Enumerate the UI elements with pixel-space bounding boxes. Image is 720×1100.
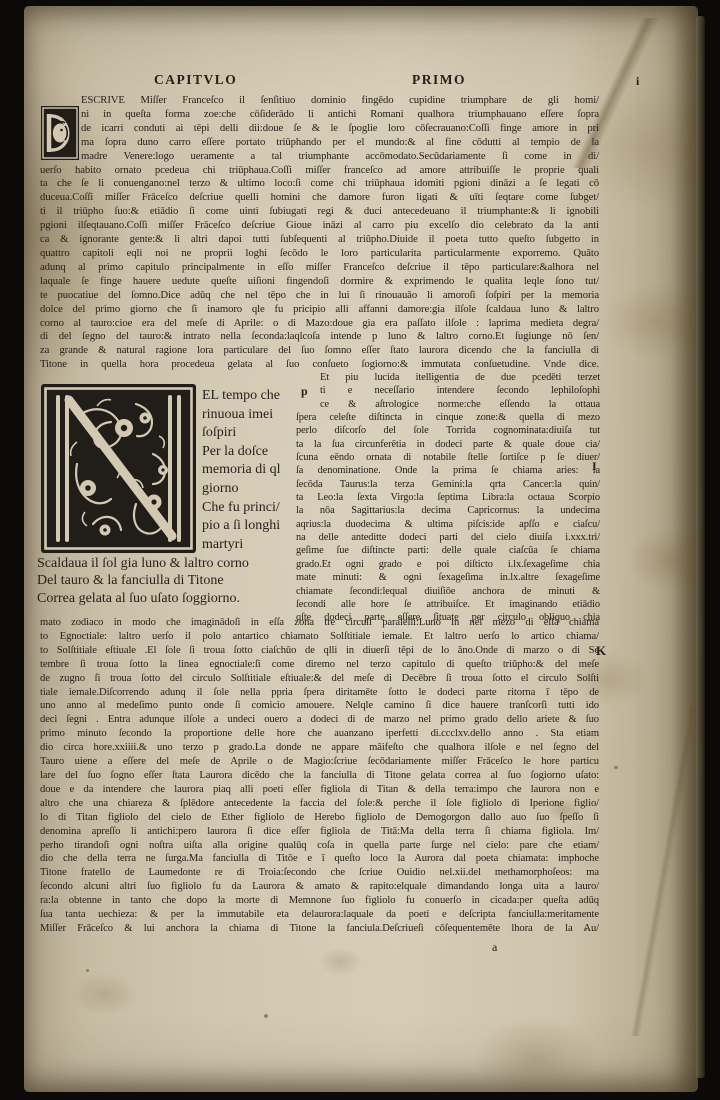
commentary-line: ſa denominatione. Onde la prima ſe chiam…	[296, 464, 600, 477]
bottom-paragraph-line: to Egnoctiale: laltro uerſo il polo anta…	[40, 630, 599, 644]
opening-paragraph-line: pgioni ilſeqtauano.Coſſi miſſer Frāceſco…	[40, 219, 599, 233]
bottom-paragraph-line: perho tirandoſi ogni noſtra uiſta alla o…	[40, 839, 599, 853]
commentary-line: geſime ſue diſtincte parti: delle quale …	[296, 544, 600, 557]
book-scan-stage: CAPITVLO PRIMO i ESCRIVE Miſſer Franceſc…	[0, 0, 720, 1100]
commentary-line: ta la ſua circunferētia in dodeci parte …	[296, 438, 600, 451]
commentary-line: ti e neceſſario intendere ſecondo lephil…	[296, 384, 600, 397]
poem-line: Scaldaua il ſol gia luno & laltro corno	[37, 555, 299, 572]
opening-paragraph-line: te puocatiue del ſomno.Dice adūq che nel…	[40, 289, 599, 303]
opening-paragraph-line: madre Venere:logo ueramente a tal triump…	[81, 150, 599, 164]
opening-paragraph-line: corno al tauro:cioe era del meſe di Apri…	[40, 317, 599, 331]
poem-line: EL tempo che	[202, 387, 308, 406]
commentary-line: mate minuti: & ogni ſexageſima in.lx.alt…	[296, 571, 600, 584]
bottom-paragraph-line: ra:la obtenne in tanto che dopo la morte…	[40, 894, 599, 908]
opening-paragraph-line: adunq al primo capitulo principalmente i…	[40, 261, 599, 275]
poem-line: giorno	[202, 480, 308, 499]
bottom-paragraph-line: dio circa hore.xxiiii.& uno terzo p grad…	[40, 741, 599, 755]
poem-line: pio a ſi longhi	[202, 517, 308, 536]
poem-line: Correa gelata al ſuo uſato ſoggiorno.	[37, 590, 299, 607]
manuscript-page: CAPITVLO PRIMO i ESCRIVE Miſſer Franceſc…	[24, 6, 698, 1092]
bottom-paragraph-line: to Solſtitiale eſtiuale .El ſole ſi trou…	[40, 644, 599, 658]
opening-paragraph: ESCRIVE Miſſer Franceſco il ſenſitiuo do…	[40, 94, 599, 372]
foxing-speck	[614, 766, 618, 769]
bottom-paragraph-line: primo minuto ſecondo la proportione dell…	[40, 727, 599, 741]
bottom-paragraph: mato zodiaco in modo che imaginādoſi in …	[40, 616, 599, 936]
poem-line: Del tauro & la fanciulla di Titone	[37, 572, 299, 589]
bottom-paragraph-line: uno anno al medeſimo punto onde ſi comic…	[40, 699, 599, 713]
commentary-line: Et piu lucida itelligentia de due pcedēt…	[296, 371, 600, 384]
bottom-paragraph-line: lo di Titan figliolo del cielo de Ether …	[40, 811, 599, 825]
marginal-letter-K: K	[596, 643, 606, 659]
commentary-line: grado.Et ogni grado e poi diſticto i.lx.…	[296, 558, 600, 571]
foxing-speck	[584, 928, 587, 931]
commentary-line: la nōa Sagittarius:la decima Capricornus…	[296, 504, 600, 517]
bottom-paragraph-line: doue e da intendere che laurora piaq all…	[40, 783, 599, 797]
opening-paragraph-line: ti il triūpho ſuo:& etiādio ſi come uint…	[40, 205, 599, 219]
commentary-line: perlo diſcorſo del ſole Torrida cognomin…	[296, 424, 600, 437]
opening-paragraph-line: uerſo habito ornato pcedeua chi triūphau…	[40, 164, 599, 178]
poem-side-lines: EL tempo cherinuoua imeiſoſpiriPer la do…	[202, 387, 308, 554]
marginal-letter-I: I	[592, 459, 597, 474]
poem-line: rinuoua imei	[202, 406, 308, 425]
bottom-paragraph-line: lare del ſuo ſogno eſſer ſtata Laurora d…	[40, 769, 599, 783]
poem-line: Che fu princi/	[202, 499, 308, 518]
commentary-line: chiamate ſecondi:lequal diuiſiōe anchora…	[296, 585, 600, 598]
bottom-paragraph-line: ſecondo alcuni altri ſuo figliolo fu da …	[40, 880, 599, 894]
poem-line: ſoſpiri	[202, 424, 308, 443]
opening-paragraph-line: ca & ignorante gente:& li altri dapoi tu…	[40, 233, 599, 247]
commentary-line: ce & aſtrologice norme:che eſſendo la ot…	[296, 398, 600, 411]
bottom-paragraph-line: ſua tanta uechieza: & per la immutabile …	[40, 908, 599, 922]
marginal-letter-p: p	[301, 384, 308, 399]
commentary-line: ſecondi alle hore ſe attribuiſce. Et ima…	[296, 598, 600, 611]
bottom-paragraph-line: deci ſegni . Entra adunque ilſole a unde…	[40, 713, 599, 727]
bottom-paragraph-line: Miſſer Frāceſco & lui anchora la chiama …	[40, 922, 599, 936]
commentary-line: aqrius:la duodecima & ultima piſcis:ide …	[296, 518, 600, 531]
opening-paragraph-line: ni in queſta forma zoe:che cōſiderādo li…	[81, 108, 599, 122]
bottom-paragraph-line: tiale iemale.Diſcorrendo adunq il ſole n…	[40, 686, 599, 700]
opening-paragraph-line: quattro capitoli eqli noi ne proprii log…	[40, 247, 599, 261]
foxing-speck	[264, 1014, 268, 1018]
foxing-speck	[86, 969, 89, 972]
opening-paragraph-line: ESCRIVE Miſſer Franceſco il ſenſitiuo do…	[81, 94, 599, 108]
commentary-column: Et piu lucida itelligentia de due pcedēt…	[296, 371, 600, 625]
poem-line: Per la doſce	[202, 443, 308, 462]
commentary-line: ſpera celeſte diſtincta in cinque zone:&…	[296, 411, 600, 424]
bottom-paragraph-line: tembre ſi troua ſotto la linea egnoctial…	[40, 658, 599, 672]
poem-initial-n-woodcut	[41, 384, 196, 553]
bottom-paragraph-line: de zugno ſi troua ſotto del circulo Solſ…	[40, 672, 599, 686]
commentary-line: na delle anteditte dodeci parti del ciel…	[296, 531, 600, 544]
opening-paragraph-line: duceua.Coſſi miſſer Frāceſco deſcriue qu…	[40, 191, 599, 205]
opening-paragraph-line: di del ſegno del tauro:& intrato nella ſ…	[40, 330, 599, 344]
bottom-paragraph-line: denomina apreſſo li antichi:pero laurora…	[40, 825, 599, 839]
paper-crease	[624, 706, 704, 1036]
bottom-paragraph-line: Titone fratello de Laumedonte re di Troi…	[40, 866, 599, 880]
signature-mark: a	[492, 940, 497, 955]
folio-number: i	[636, 74, 639, 89]
poem-full-lines: Scaldaua il ſol gia luno & laltro cornoD…	[37, 555, 299, 607]
opening-paragraph-line: de icarri conduti ai tēpi delli dii:doue…	[81, 122, 599, 136]
bottom-paragraph-line: dio che della terra ne ſurga.Ma fanciull…	[40, 852, 599, 866]
opening-paragraph-line: ma ſopra duno carro eſſere portato triūp…	[81, 136, 599, 150]
bottom-paragraph-line: altro che una chiareza & ſplēdore antece…	[40, 797, 599, 811]
poem-line: martyri	[202, 536, 308, 555]
opening-paragraph-line: za grande & natural ragione lora particu…	[40, 344, 599, 358]
header-capitulo: CAPITVLO	[154, 72, 237, 88]
bottom-paragraph-line: mato zodiaco in modo che imaginādoſi in …	[40, 616, 599, 630]
opening-paragraph-line: dolce del primo giorno che ſi inamoro ql…	[40, 303, 599, 317]
header-primo: PRIMO	[412, 72, 466, 88]
commentary-line: ſcuna eēndo ornata di notabile ſtelle ſo…	[296, 451, 600, 464]
poem-line: memoria di ql	[202, 461, 308, 480]
opening-paragraph-line: laquale ſe finge hauere uedute queſte ui…	[40, 275, 599, 289]
opening-paragraph-line: ta che ſe li conuengano:nel terzo & ulti…	[40, 177, 599, 191]
bottom-paragraph-line: Tauro uiene a eſſere del meſe de Aprile …	[40, 755, 599, 769]
commentary-line: ſecōda Taurus:la terza Gemini:la qrta Ca…	[296, 478, 600, 491]
commentary-line: ta Leo:la ſexta Virgo:la ſeptima Libra:l…	[296, 491, 600, 504]
